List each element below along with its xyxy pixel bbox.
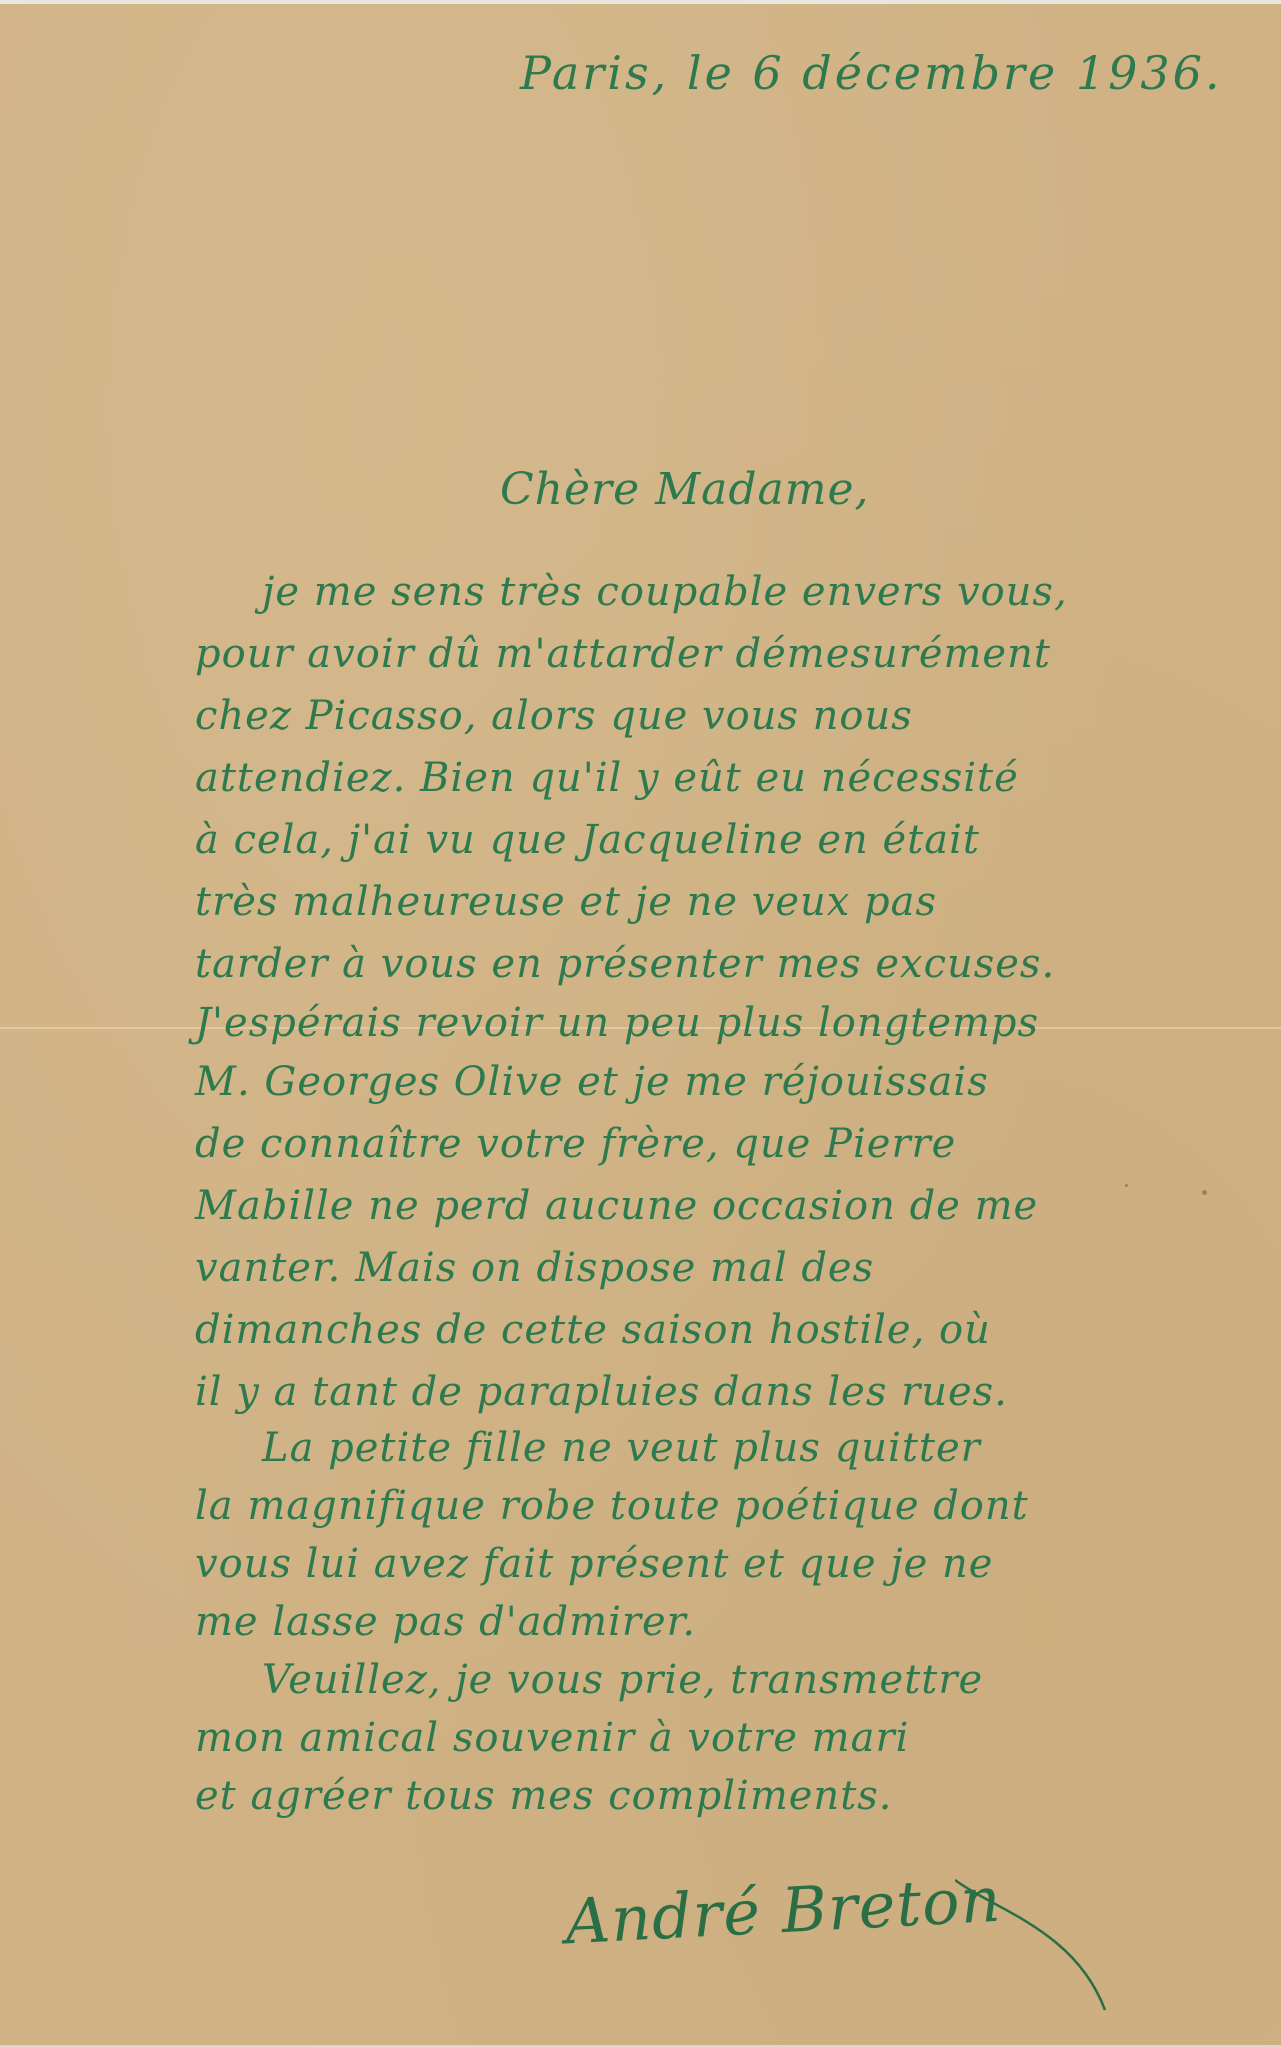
letter-line: vous lui avez fait présent et que je ne <box>195 1544 993 1584</box>
signature: André Breton <box>564 1869 1003 1954</box>
letter-line: La petite fille ne veut plus quitter <box>262 1428 981 1468</box>
letter-date: Paris, le 6 décembre 1936. <box>520 50 1223 96</box>
letter-line: à cela, j'ai vu que Jacqueline en était <box>195 820 980 860</box>
letter-line: dimanches de cette saison hostile, où <box>195 1310 991 1350</box>
letter-line: très malheureuse et je ne veux pas <box>195 882 937 922</box>
letter-line: vanter. Mais on dispose mal des <box>195 1248 874 1288</box>
signature-flourish-icon <box>955 1860 1125 2020</box>
paper-stain <box>1125 1184 1128 1187</box>
letter-line: et agréer tous mes compliments. <box>195 1776 893 1816</box>
letter-line: la magnifique robe toute poétique dont <box>195 1486 1029 1526</box>
letter-line: tarder à vous en présenter mes excuses. <box>195 944 1055 984</box>
letter-line: mon amical souvenir à votre mari <box>195 1718 909 1758</box>
letter-line: chez Picasso, alors que vous nous <box>195 696 913 736</box>
paper-stain <box>1202 1190 1207 1195</box>
letter-line: Veuillez, je vous prie, transmettre <box>262 1660 983 1700</box>
paper-top-edge <box>0 0 1281 4</box>
letter-line: attendiez. Bien qu'il y eût eu nécessité <box>195 758 1019 798</box>
letter-line: de connaître votre frère, que Pierre <box>195 1124 956 1164</box>
letter-line: je me sens très coupable envers vous, <box>262 572 1068 612</box>
letter-line: Mabille ne perd aucune occasion de me <box>195 1186 1038 1226</box>
letter-line: M. Georges Olive et je me réjouissais <box>195 1062 989 1102</box>
letter-page: Paris, le 6 décembre 1936. Chère Madame,… <box>0 0 1281 2048</box>
letter-line: pour avoir dû m'attarder démesurément <box>195 634 1051 674</box>
letter-salutation: Chère Madame, <box>500 468 870 512</box>
letter-line: J'espérais revoir un peu plus longtemps <box>195 1003 1039 1043</box>
letter-line: il y a tant de parapluies dans les rues. <box>195 1372 1008 1412</box>
letter-line: me lasse pas d'admirer. <box>195 1602 696 1642</box>
